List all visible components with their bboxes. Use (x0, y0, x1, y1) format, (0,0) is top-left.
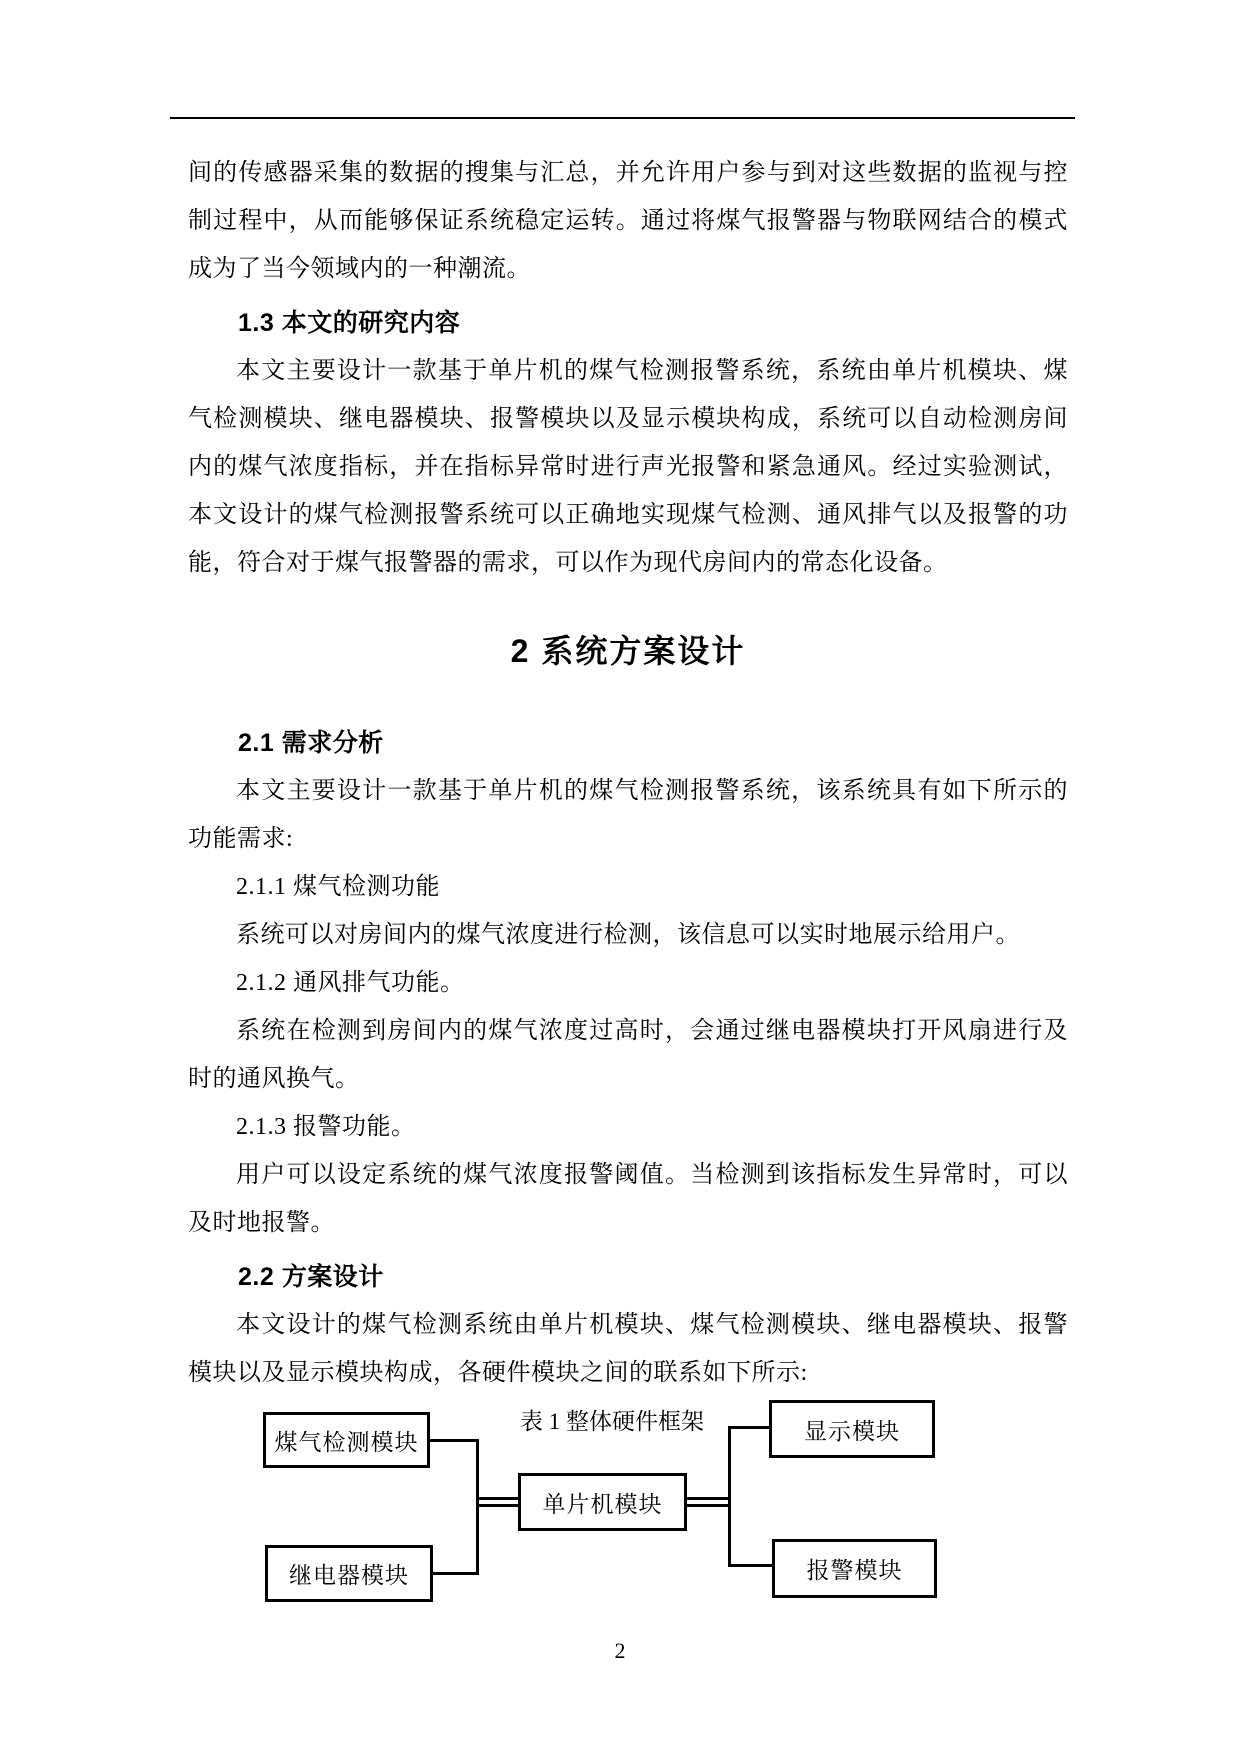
connector-left-vertical (476, 1439, 479, 1575)
subheading-2-1-1: 2.1.1 煤气检测功能 (188, 863, 1068, 911)
connector-left-bus (479, 1497, 518, 1507)
document-page: 间的传感器采集的数据的搜集与汇总，并允许用户参与到对这些数据的监视与控制过程中，… (0, 0, 1240, 1754)
document-body: 间的传感器采集的数据的搜集与汇总，并允许用户参与到对这些数据的监视与控制过程中，… (0, 0, 1240, 1397)
subheading-2-1-2: 2.1.2 通风排气功能。 (188, 959, 1068, 1007)
paragraph-2-1: 本文主要设计一款基于单片机的煤气检测报警系统，该系统具有如下所示的功能需求: (188, 767, 1068, 863)
paragraph-2-2: 本文设计的煤气检测系统由单片机模块、煤气检测模块、继电器模块、报警模块以及显示模… (188, 1301, 1068, 1397)
diagram-box-mcu: 单片机模块 (518, 1473, 687, 1531)
paragraph-1-3: 本文主要设计一款基于单片机的煤气检测报警系统，系统由单片机模块、煤气检测模块、继… (188, 347, 1068, 587)
connector-gas-stub (430, 1439, 478, 1442)
heading-1-3: 1.3 本文的研究内容 (188, 299, 1068, 347)
connector-right-bus (687, 1497, 730, 1507)
subheading-2-1-3: 2.1.3 报警功能。 (188, 1103, 1068, 1151)
hardware-block-diagram: 表 1 整体硬件框架 煤气检测模块 继电器模块 单片机模块 显示模块 报警模块 (188, 1396, 1068, 1626)
connector-display-stub (728, 1426, 771, 1429)
chapter-2-heading: 2 系统方案设计 (188, 625, 1068, 677)
diagram-box-relay: 继电器模块 (265, 1545, 433, 1602)
heading-2-1: 2.1 需求分析 (188, 719, 1068, 767)
heading-2-2: 2.2 方案设计 (188, 1253, 1068, 1301)
diagram-box-gas-detect: 煤气检测模块 (263, 1412, 430, 1468)
diagram-caption: 表 1 整体硬件框架 (484, 1408, 740, 1435)
diagram-box-display: 显示模块 (769, 1400, 935, 1458)
connector-alarm-stub (728, 1564, 774, 1567)
connector-relay-stub (433, 1572, 478, 1575)
diagram-box-alarm: 报警模块 (772, 1539, 937, 1598)
page-number: 2 (0, 1638, 1240, 1664)
paragraph-2-1-1: 系统可以对房间内的煤气浓度进行检测，该信息可以实时地展示给用户。 (188, 911, 1068, 959)
paragraph-2-1-3: 用户可以设定系统的煤气浓度报警阈值。当检测到该指标发生异常时，可以及时地报警。 (188, 1151, 1068, 1247)
paragraph-intro-continuation: 间的传感器采集的数据的搜集与汇总，并允许用户参与到对这些数据的监视与控制过程中，… (188, 149, 1068, 293)
connector-right-vertical (728, 1426, 731, 1567)
paragraph-2-1-2: 系统在检测到房间内的煤气浓度过高时，会通过继电器模块打开风扇进行及时的通风换气。 (188, 1007, 1068, 1103)
